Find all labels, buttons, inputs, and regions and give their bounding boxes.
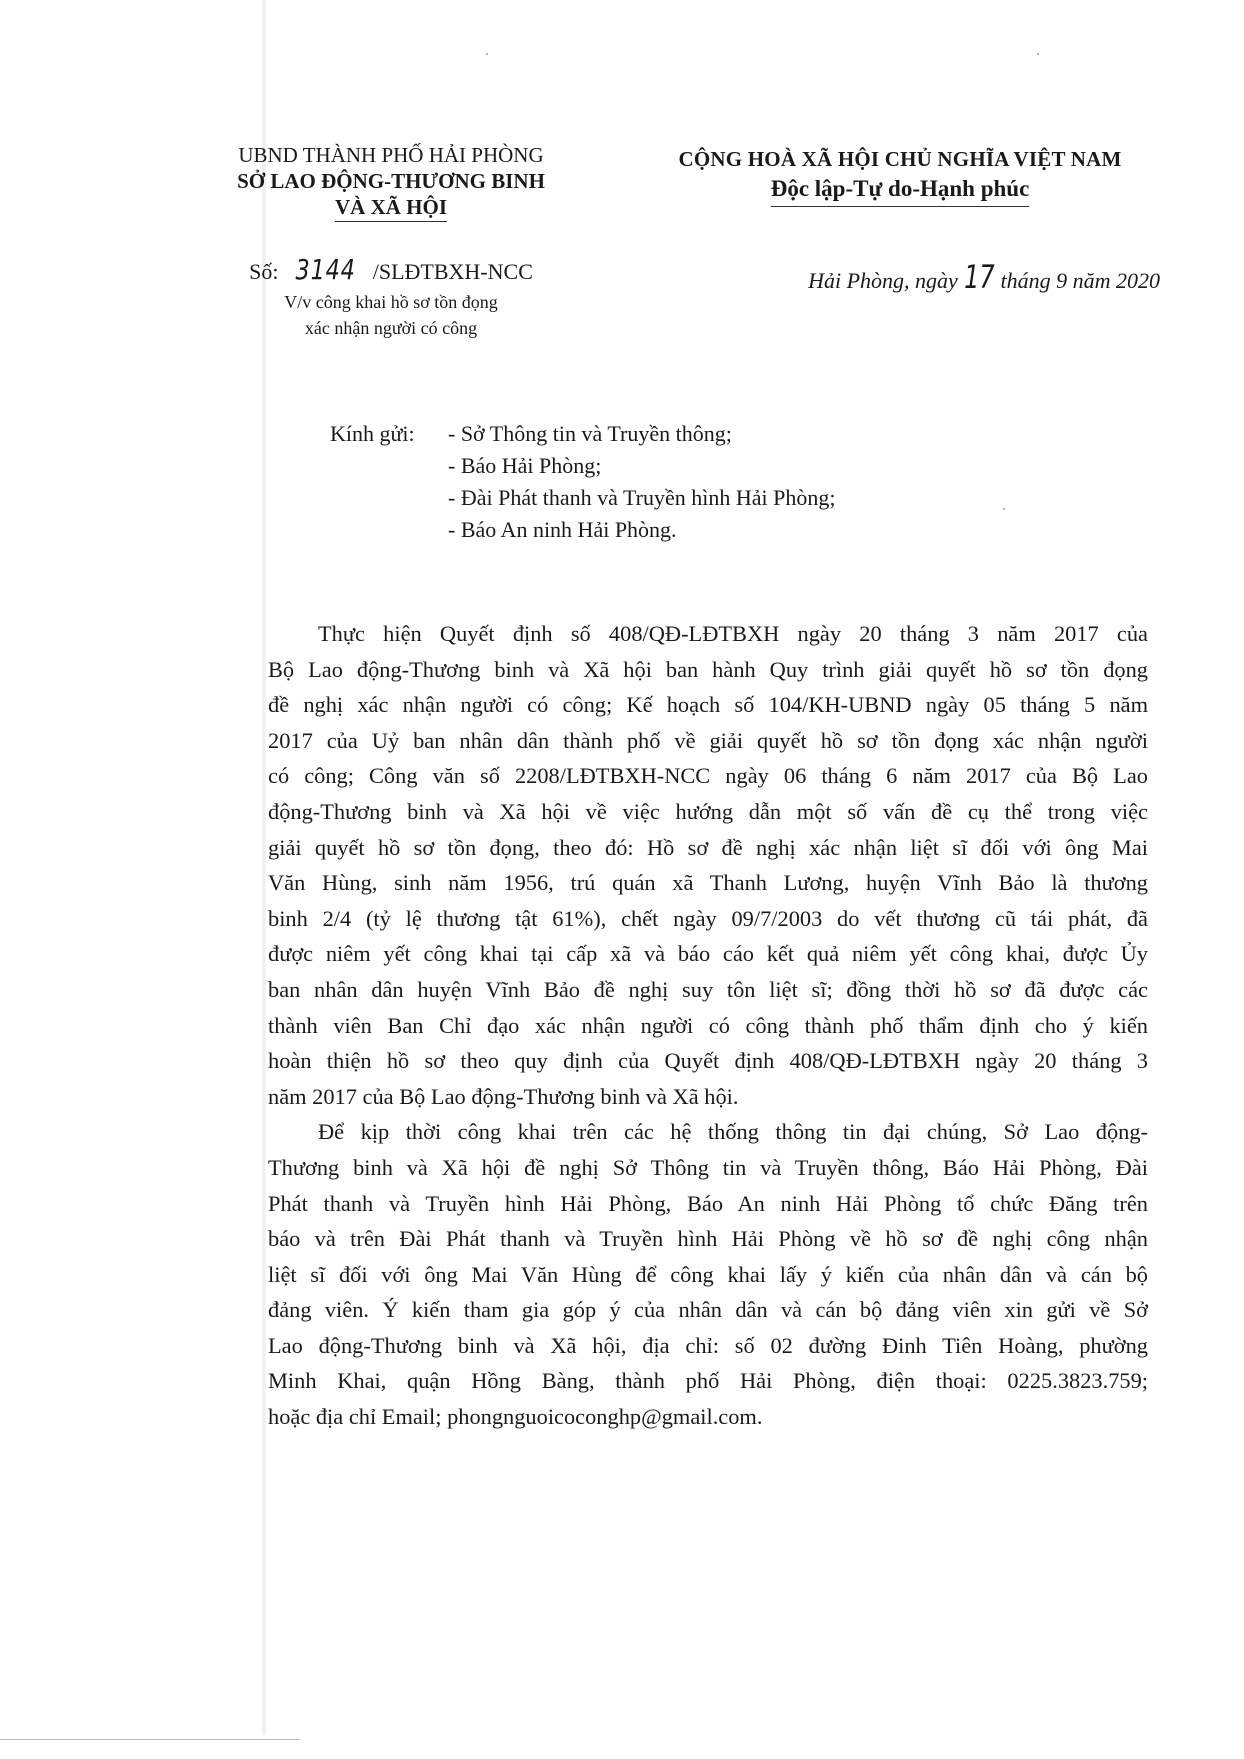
body-line: liệt sĩ đối với ông Mai Văn Hùng để công… — [268, 1257, 1148, 1293]
national-header-block: CỘNG HOÀ XÃ HỘI CHỦ NGHĨA VIỆT NAM Độc l… — [640, 144, 1160, 207]
email-prefix: hoặc địa chỉ Email; — [268, 1404, 447, 1429]
document-number-suffix: /SLĐTBXH-NCC — [373, 259, 533, 284]
scan-speck — [1003, 508, 1005, 510]
authority-name: UBND THÀNH PHỐ HẢI PHÒNG — [196, 142, 586, 168]
subject-line1: V/v công khai hồ sơ tồn đọng — [196, 289, 586, 315]
body-line: 2017 của Uỷ ban nhân dân thành phố về gi… — [268, 723, 1148, 759]
document-subject: V/v công khai hồ sơ tồn đọng xác nhận ng… — [196, 289, 586, 341]
letter-body: Thực hiện Quyết định số 408/QĐ-LĐTBXH ng… — [268, 616, 1148, 1435]
body-line: Thực hiện Quyết định số 408/QĐ-LĐTBXH ng… — [268, 616, 1148, 652]
body-line-contact: hoặc địa chỉ Email; phongnguoicoconghp@g… — [268, 1399, 1148, 1435]
national-motto: Độc lập-Tự do-Hạnh phúc — [771, 174, 1030, 207]
body-line: hoàn thiện hồ sơ theo quy định của Quyết… — [268, 1043, 1148, 1079]
recipients-label: Kính gửi: — [330, 418, 448, 450]
email-link[interactable]: phongnguoicoconghp@gmail.com — [447, 1404, 757, 1429]
body-line: binh 2/4 (tỷ lệ thương tật 61%), chết ng… — [268, 901, 1148, 937]
subject-line2: xác nhận người có công — [196, 315, 586, 341]
scan-speck — [1037, 53, 1039, 55]
body-line: đảng viên. Ý kiến tham gia góp ý của nhâ… — [268, 1292, 1148, 1328]
scan-speck — [486, 53, 488, 55]
body-line: đề nghị xác nhận người có công; Kế hoạch… — [268, 687, 1148, 723]
national-title: CỘNG HOÀ XÃ HỘI CHỦ NGHĨA VIỆT NAM — [640, 144, 1160, 174]
body-line: ban nhân dân huyện Vĩnh Bảo đề nghị suy … — [268, 972, 1148, 1008]
body-line: có công; Công văn số 2208/LĐTBXH-NCC ngà… — [268, 758, 1148, 794]
body-line: Phát thanh và Truyền hình Hải Phòng, Báo… — [268, 1186, 1148, 1222]
body-line: Minh Khai, quận Hồng Bàng, thành phố Hải… — [268, 1363, 1148, 1399]
recipient-item: - Báo An ninh Hải Phòng. — [448, 514, 677, 546]
scan-bottom-rule — [0, 1739, 300, 1740]
body-paragraph-2: Để kịp thời công khai trên các hệ thống … — [268, 1114, 1148, 1434]
body-line: Để kịp thời công khai trên các hệ thống … — [268, 1114, 1148, 1150]
department-name-line1: SỞ LAO ĐỘNG-THƯƠNG BINH — [196, 168, 586, 194]
issuing-authority-block: UBND THÀNH PHỐ HẢI PHÒNG SỞ LAO ĐỘNG-THƯ… — [196, 142, 586, 222]
recipients-block: Kính gửi: - Sở Thông tin và Truyền thông… — [330, 418, 835, 546]
body-line: Văn Hùng, sinh năm 1956, trú quán xã Tha… — [268, 865, 1148, 901]
document-number: Số: 3144 /SLĐTBXH-NCC — [196, 256, 586, 286]
body-line: động-Thương binh và Xã hội về việc hướng… — [268, 794, 1148, 830]
date-prefix: Hải Phòng, ngày — [808, 268, 958, 293]
department-name-line2: VÀ XÃ HỘI — [335, 194, 447, 222]
body-line: báo và trên Đài Phát thanh và Truyền hìn… — [268, 1221, 1148, 1257]
body-paragraph-1: Thực hiện Quyết định số 408/QĐ-LĐTBXH ng… — [268, 616, 1148, 1114]
body-line: được niêm yết công khai tại cấp xã và bá… — [268, 936, 1148, 972]
body-line: Thương binh và Xã hội đề nghị Sở Thông t… — [268, 1150, 1148, 1186]
document-number-prefix: Số: — [249, 259, 278, 284]
document-number-handwritten: 3144 — [296, 256, 356, 284]
recipient-item: - Đài Phát thanh và Truyền hình Hải Phòn… — [448, 482, 835, 514]
recipient-item: - Sở Thông tin và Truyền thông; — [448, 418, 732, 450]
email-suffix: . — [757, 1404, 763, 1429]
date-suffix: tháng 9 năm 2020 — [1001, 268, 1161, 293]
body-line: năm 2017 của Bộ Lao động-Thương binh và … — [268, 1079, 1148, 1115]
body-line: Lao động-Thương binh và Xã hội, địa chỉ:… — [268, 1328, 1148, 1364]
date-day-handwritten: 17 — [964, 262, 995, 292]
body-line: thành viên Ban Chỉ đạo xác nhận người có… — [268, 1008, 1148, 1044]
document-date: Hải Phòng, ngày17tháng 9 năm 2020 — [640, 262, 1160, 296]
body-line: Bộ Lao động-Thương binh và Xã hội ban hà… — [268, 652, 1148, 688]
body-line: giải quyết hồ sơ tồn đọng, theo đó: Hồ s… — [268, 830, 1148, 866]
recipient-item: - Báo Hải Phòng; — [448, 450, 601, 482]
